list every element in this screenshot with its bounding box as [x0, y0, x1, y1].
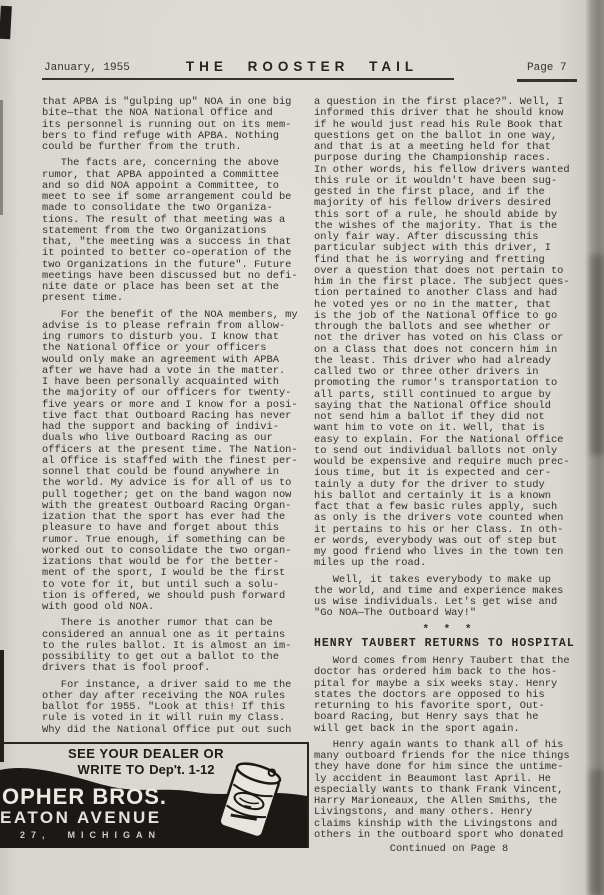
article-heading: HENRY TAUBERT RETURNS TO HOSPITAL	[314, 638, 584, 649]
ad-street-address: EATON AVENUE	[0, 808, 162, 828]
fuel-can-icon	[206, 754, 292, 848]
asterisk-separator: * * *	[314, 625, 584, 636]
body-paragraph: a question in the first place?". Well, I…	[314, 97, 584, 570]
body-paragraph: Word comes from Henry Taubert that the d…	[314, 656, 584, 735]
body-paragraph: For the benefit of the NOA members, my a…	[42, 310, 308, 614]
body-paragraph: For instance, a driver said to me the ot…	[42, 680, 308, 736]
body-paragraph: The facts are, concerning the above rumo…	[42, 158, 308, 304]
continuation-note: Continued on Page 8	[314, 844, 584, 855]
edge-shadow-patch	[590, 255, 604, 455]
newsletter-title: THE ROOSTER TAIL	[0, 59, 604, 74]
header-rule-page	[517, 79, 577, 82]
page-number: Page 7	[527, 62, 567, 74]
left-edge-streak	[0, 100, 3, 215]
ad-company-name: OPHER BROS.	[2, 784, 167, 810]
body-paragraph: Well, it takes everybody to make up the …	[314, 575, 584, 620]
body-paragraph: Henry again wants to thank all of his ma…	[314, 740, 584, 841]
newsletter-page: January, 1955 THE ROOSTER TAIL Page 7 th…	[0, 0, 604, 895]
body-paragraph: that APBA is "gulping up" NOA in one big…	[42, 97, 308, 153]
header-rule	[42, 78, 454, 80]
right-column: a question in the first place?". Well, I…	[314, 97, 584, 855]
edge-shadow-patch	[589, 770, 604, 895]
dealer-advertisement: SEE YOUR DEALER OR WRITE TO Dep't. 1-12 …	[0, 742, 309, 848]
ad-city-state: 27, MICHIGAN	[20, 830, 161, 840]
corner-ink-mark	[0, 6, 12, 40]
body-paragraph: There is another rumor that can be consi…	[42, 618, 308, 674]
left-column: that APBA is "gulping up" NOA in one big…	[42, 97, 308, 741]
